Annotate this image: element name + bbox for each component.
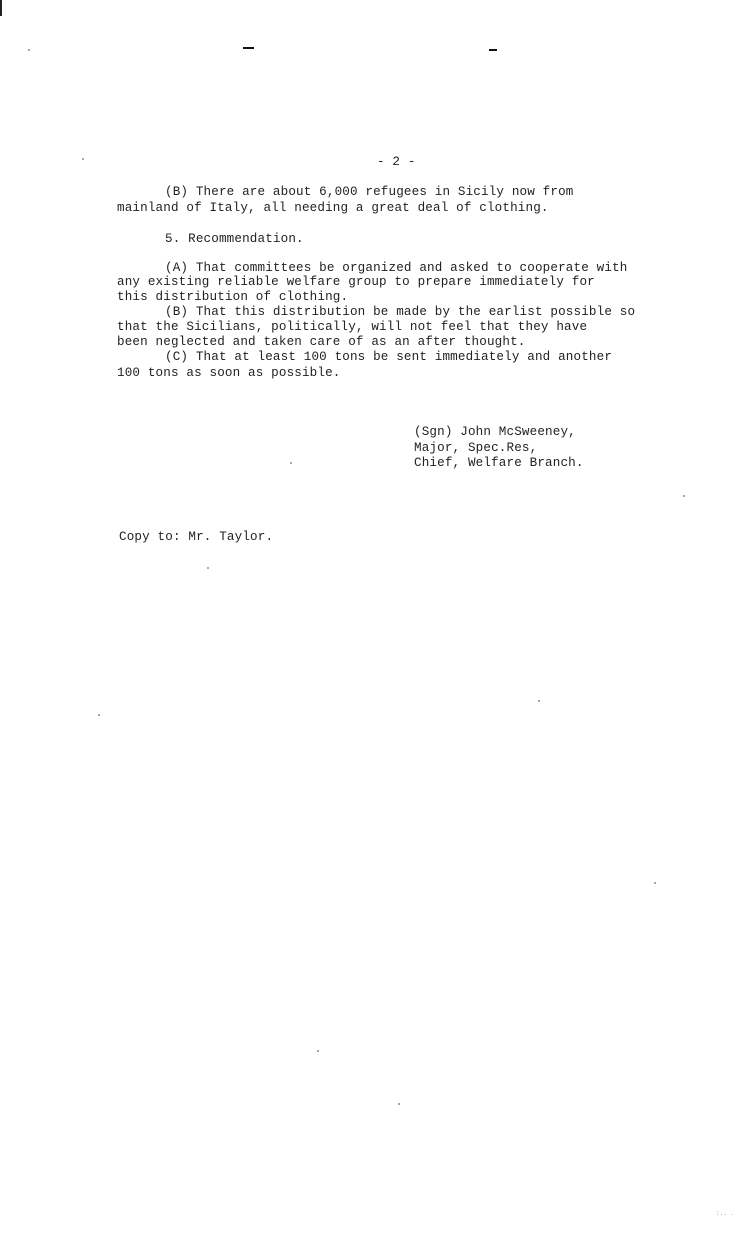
top-mark-right [489, 49, 497, 51]
para-b-line1: (B) There are about 6,000 refugees in Si… [165, 185, 574, 200]
signature-line1: (Sgn) John McSweeney, [414, 425, 576, 440]
scan-speck [28, 49, 30, 51]
para-b-line2: mainland of Italy, all needing a great d… [117, 201, 549, 216]
rec-b-line2: that the Sicilians, politically, will no… [117, 320, 587, 335]
scan-edge-mark [0, 0, 2, 16]
scan-speck [538, 700, 540, 702]
rec-a-line2: any existing reliable welfare group to p… [117, 275, 595, 290]
scan-speck [207, 567, 209, 569]
scan-speck [82, 158, 84, 160]
page-number: - 2 - [377, 155, 416, 170]
scan-speck [317, 1050, 319, 1052]
scan-speck [683, 495, 685, 497]
copy-to: Copy to: Mr. Taylor. [119, 530, 273, 545]
scan-speck [654, 882, 656, 884]
scan-speck [290, 462, 292, 464]
rec-c-line1: (C) That at least 100 tons be sent immed… [165, 350, 612, 365]
scan-speck [98, 714, 100, 716]
signature-line2: Major, Spec.Res, [414, 441, 537, 456]
top-mark-left [243, 47, 254, 49]
rec-a-line1: (A) That committees be organized and ask… [165, 261, 627, 276]
signature-line3: Chief, Welfare Branch. [414, 456, 584, 471]
rec-b-line3: been neglected and taken care of as an a… [117, 335, 526, 350]
document-page: - 2 - (B) There are about 6,000 refugees… [0, 0, 750, 1238]
rec-c-line2: 100 tons as soon as possible. [117, 366, 341, 381]
rec-a-line3: this distribution of clothing. [117, 290, 348, 305]
scan-speck [398, 1103, 400, 1105]
scan-corner-mark: :.. . [716, 1210, 734, 1217]
rec-b-line1: (B) That this distribution be made by th… [165, 305, 635, 320]
section-heading: 5. Recommendation. [165, 232, 304, 247]
